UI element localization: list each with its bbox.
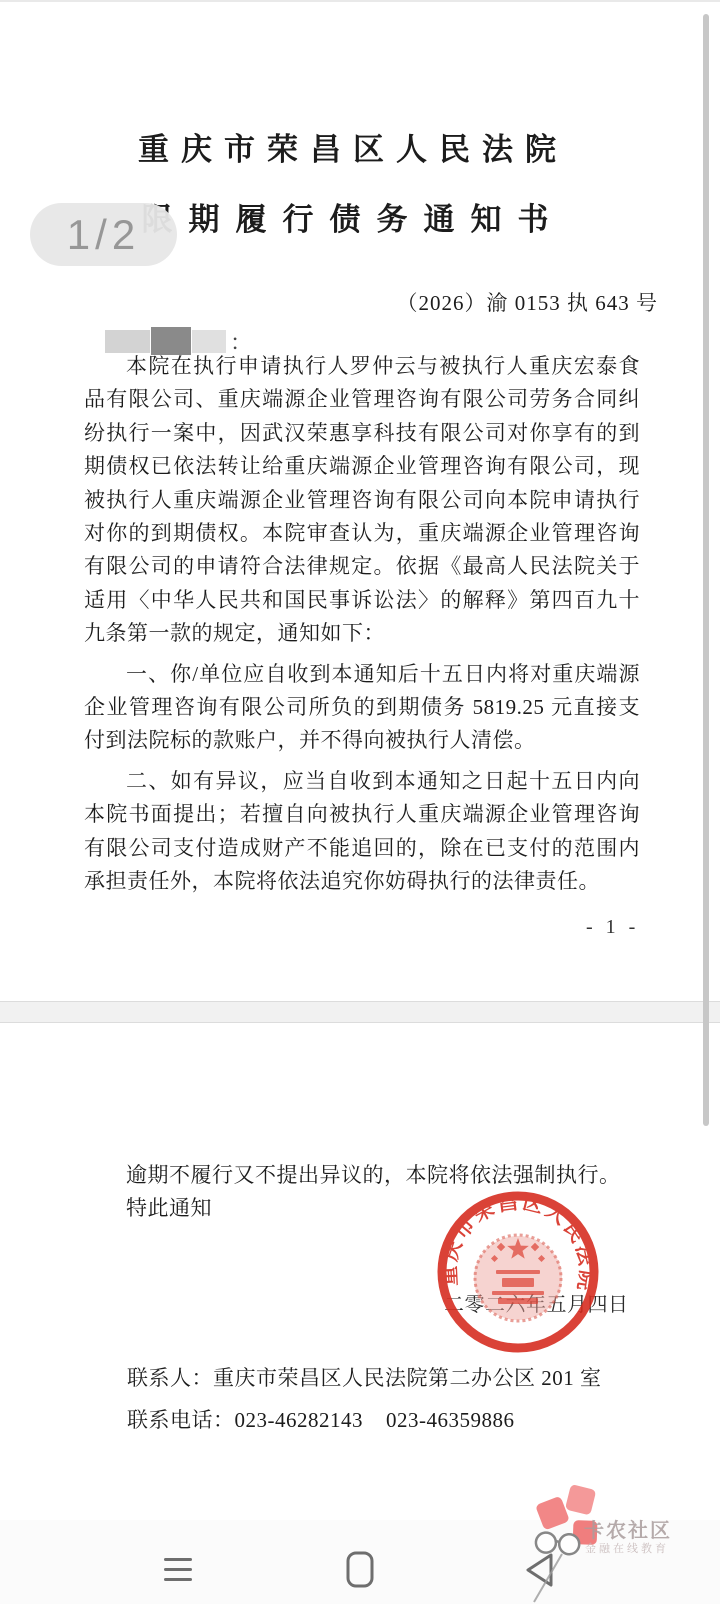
court-seal: 重庆市荣昌区人民法院	[432, 1186, 604, 1358]
home-button[interactable]	[330, 1544, 390, 1596]
contact-person: 联系人：重庆市荣昌区人民法院第二办公区 201 室	[127, 1362, 602, 1392]
page-indicator-badge: 1/2	[30, 203, 177, 266]
menu-icon	[161, 1553, 195, 1587]
brand-name: 卡农社区	[584, 1514, 672, 1543]
brand-tagline: 金融在线教育	[585, 1540, 669, 1556]
top-divider	[0, 0, 720, 2]
case-number: （2026）渝 0153 执 643 号	[0, 287, 658, 317]
page2-paragraph-2: 特此通知	[126, 1192, 426, 1222]
document-body: 本院在执行申请执行人罗仲云与被执行人重庆宏泰食品有限公司、重庆端源企业管理咨询有…	[84, 350, 640, 906]
page-separator	[0, 1001, 720, 1023]
page2-paragraph-1: 逾期不履行又不提出异议的，本院将依法强制执行。	[126, 1159, 666, 1189]
screen: 重庆市荣昌区人民法院 限期履行债务通知书 1/2 （2026）渝 0153 执 …	[0, 0, 720, 1604]
page-indicator-text: 1/2	[67, 211, 140, 259]
contact-phone: 联系电话：023-46282143 023-46359886	[127, 1404, 515, 1434]
court-title: 重庆市荣昌区人民法院	[0, 124, 706, 169]
home-icon	[343, 1550, 377, 1590]
paragraph-2: 一、你/单位应自收到本通知后十五日内将对重庆端源企业管理咨询有限公司所负的到期债…	[84, 658, 640, 758]
paragraph-3: 二、如有异议，应当自收到本通知之日起十五日内向本院书面提出；若擅自向被执行人重庆…	[84, 765, 640, 899]
scrollbar[interactable]	[703, 14, 709, 1126]
paragraph-1: 本院在执行申请执行人罗仲云与被执行人重庆宏泰食品有限公司、重庆端源企业管理咨询有…	[84, 350, 640, 651]
page-number: - 1 -	[586, 916, 639, 939]
menu-button[interactable]	[148, 1544, 208, 1596]
